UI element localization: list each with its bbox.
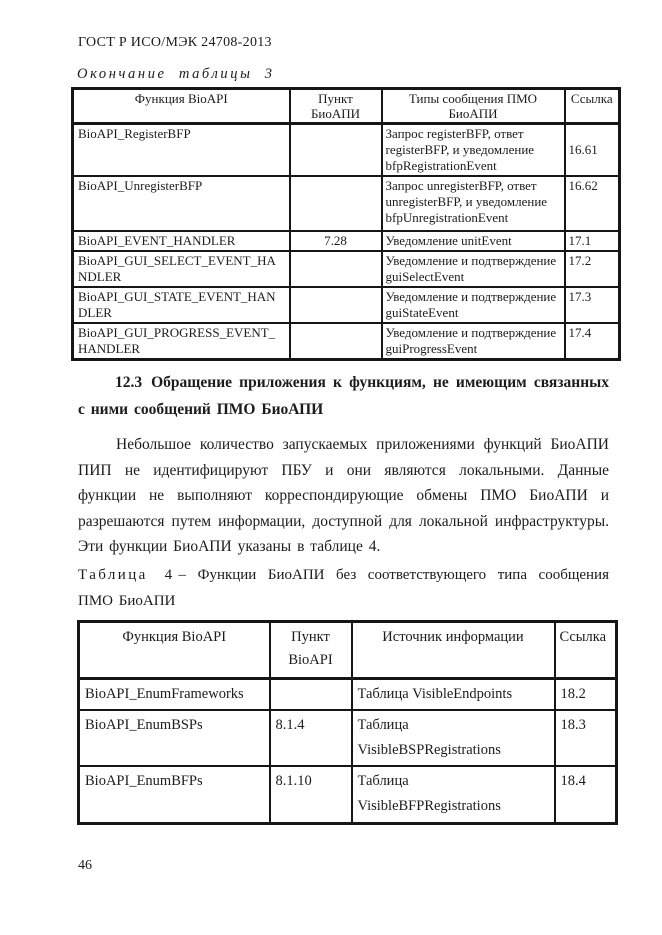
body-paragraph: Небольшое количество запускаемых приложе… — [78, 432, 609, 560]
table-cell-clause — [290, 323, 382, 360]
table-cell-function: BioAPI_GUI_SELECT_EVENT_HANDLER — [73, 251, 290, 287]
table-cell-clause — [290, 251, 382, 287]
table4-caption-label: Таблица 4 — [78, 567, 175, 583]
table-row: BioAPI_EnumBSPs 8.1.4 Таблица VisibleBSP… — [79, 710, 617, 766]
table-cell-reference: 17.4 — [565, 323, 620, 360]
table-row: BioAPI_EnumFrameworks Таблица VisibleEnd… — [79, 679, 617, 711]
table-row: BioAPI_GUI_STATE_EVENT_HANDLER Уведомлен… — [73, 287, 620, 323]
table-cell-clause: 7.28 — [290, 231, 382, 251]
table-cell-clause — [270, 679, 352, 711]
table-cell-clause — [290, 124, 382, 177]
table-cell-message: Уведомление и подтверждение guiSelectEve… — [382, 251, 565, 287]
table-cell-function: BioAPI_EnumBFPs — [79, 766, 270, 823]
table-cell-function: BioAPI_UnregisterBFP — [73, 176, 290, 231]
column-header-function: Функция BioAPI — [79, 622, 270, 679]
table4: Функция BioAPI Пункт BioAPI Источник инф… — [77, 620, 618, 825]
table-cell-reference: 16.61 — [565, 124, 620, 177]
table-cell-message: Запрос unregisterBFP, ответ unregisterBF… — [382, 176, 565, 231]
table4-caption: Таблица 4– Функции БиоАПИ без соответств… — [78, 562, 609, 614]
table-cell-function: BioAPI_EVENT_HANDLER — [73, 231, 290, 251]
table-cell-source: Таблица VisibleBFPRegistrations — [352, 766, 555, 823]
table3-caption: Окончание таблицы 3 — [77, 66, 275, 83]
table-cell-function: BioAPI_GUI_STATE_EVENT_HANDLER — [73, 287, 290, 323]
table-row: BioAPI_UnregisterBFP Запрос unregisterBF… — [73, 176, 620, 231]
table-cell-reference: 18.4 — [555, 766, 617, 823]
table3: Функция BioAPI Пункт БиоАПИ Типы сообщен… — [71, 87, 621, 361]
table-cell-source: Таблица VisibleBSPRegistrations — [352, 710, 555, 766]
table-cell-message: Уведомление и подтверждение guiStateEven… — [382, 287, 565, 323]
column-header-clause: Пункт BioAPI — [270, 622, 352, 679]
table-cell-clause: 8.1.4 — [270, 710, 352, 766]
table4-header-row: Функция BioAPI Пункт BioAPI Источник инф… — [79, 622, 617, 679]
table-cell-message: Уведомление unitEvent — [382, 231, 565, 251]
section-title: Обращение приложения к функциям, не имею… — [78, 374, 609, 418]
column-header-message-types: Типы сообщения ПМО БиоАПИ — [382, 89, 565, 124]
table-cell-reference: 16.62 — [565, 176, 620, 231]
table-cell-message: Уведомление и подтверждение guiProgressE… — [382, 323, 565, 360]
table-cell-function: BioAPI_EnumFrameworks — [79, 679, 270, 711]
column-header-info-source: Источник информации — [352, 622, 555, 679]
table-cell-clause: 8.1.10 — [270, 766, 352, 823]
table-cell-clause — [290, 176, 382, 231]
column-header-reference: Ссылка — [565, 89, 620, 124]
section-number: 12.3 — [115, 374, 142, 391]
section-heading: 12.3Обращение приложения к функциям, не … — [78, 369, 609, 423]
table-cell-function: BioAPI_GUI_PROGRESS_EVENT_HANDLER — [73, 323, 290, 360]
document-page: ГОСТ Р ИСО/МЭК 24708-2013 Окончание табл… — [0, 0, 662, 935]
table-cell-reference: 17.2 — [565, 251, 620, 287]
column-header-function: Функция BioAPI — [73, 89, 290, 124]
table-row: BioAPI_GUI_PROGRESS_EVENT_HANDLER Уведом… — [73, 323, 620, 360]
table-row: BioAPI_EnumBFPs 8.1.10 Таблица VisibleBF… — [79, 766, 617, 823]
table-row: BioAPI_RegisterBFP Запрос registerBFP, о… — [73, 124, 620, 177]
table3-header-row: Функция BioAPI Пункт БиоАПИ Типы сообщен… — [73, 89, 620, 124]
column-header-clause: Пункт БиоАПИ — [290, 89, 382, 124]
standard-code: ГОСТ Р ИСО/МЭК 24708-2013 — [78, 35, 272, 51]
table-cell-function: BioAPI_RegisterBFP — [73, 124, 290, 177]
table-cell-reference: 17.3 — [565, 287, 620, 323]
table-cell-source: Таблица VisibleEndpoints — [352, 679, 555, 711]
table-cell-reference: 18.3 — [555, 710, 617, 766]
table-cell-message: Запрос registerBFP, ответ registerBFP, и… — [382, 124, 565, 177]
table-row: BioAPI_GUI_SELECT_EVENT_HANDLER Уведомле… — [73, 251, 620, 287]
table-row: BioAPI_EVENT_HANDLER 7.28 Уведомление un… — [73, 231, 620, 251]
table-cell-reference: 17.1 — [565, 231, 620, 251]
table-cell-function: BioAPI_EnumBSPs — [79, 710, 270, 766]
table-cell-clause — [290, 287, 382, 323]
column-header-reference: Ссылка — [555, 622, 617, 679]
table-cell-reference: 18.2 — [555, 679, 617, 711]
page-number: 46 — [78, 858, 92, 874]
